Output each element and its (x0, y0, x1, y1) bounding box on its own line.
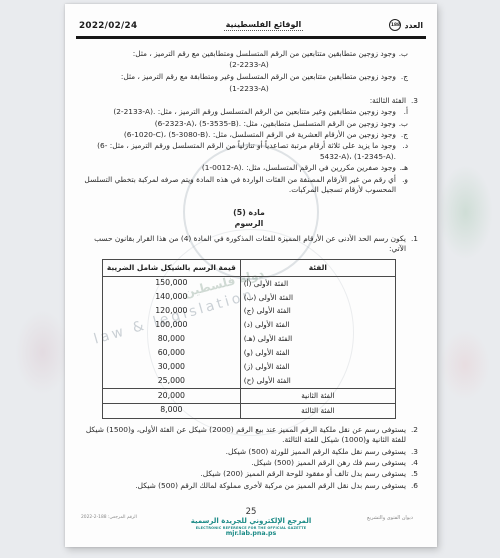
fee-cell: 30,000 (102, 360, 240, 374)
item-text: يكون رسم الحد الأدنى عن الأرقام المميزة … (80, 234, 406, 255)
category-cell: الفئة الأولى (أ) (240, 276, 395, 290)
category-cell: الفئة الأولى (د) (240, 318, 395, 332)
fees-table-header: الفئة قيمة الرسم بالشيكل شامل الضريبة (102, 260, 395, 276)
third-category-items: أ. وجود زوجين متطابقين وغير متتابعين من … (80, 107, 418, 195)
lettered-item: ج. وجود زوجين متطابقين متتابعين من الرقم… (80, 72, 418, 94)
item-letter: ب. (399, 49, 408, 59)
lettered-item: ب. وجود زوجين من الرقم المتسلسل متطابقين… (80, 119, 408, 129)
numbered-item: 6. يستوفى رسم بدل نقل الرقم المميز من مر… (80, 481, 418, 491)
first-category-rows: الفئة الأولى (أ) 150,000 الفئة الأولى (ب… (102, 276, 395, 388)
item-text-arabic: أي رقم من غير الأرقام المصنفة من الفئات … (84, 175, 396, 194)
table-row: الفئة الأولى (و) 60,000 (102, 346, 395, 360)
issue-label: العدد (404, 21, 423, 30)
item-text-arabic: وجود زوجين متطابقين وغير متتابعين من الر… (158, 107, 396, 116)
category-cell: الفئة الأولى (ج) (240, 305, 395, 319)
table-row: الفئة الأولى (ز) 30,000 (102, 360, 395, 374)
table-row: الفئة الثالثة 8,000 (102, 403, 395, 418)
issue-number-badge: 188 (389, 19, 401, 31)
item-number: 2. (409, 425, 418, 435)
item-letter: أ. (399, 107, 408, 117)
item-number: 3. (409, 447, 418, 457)
category-cell: الفئة الأولى (ح) (240, 374, 395, 388)
item-letter: ج. (399, 72, 408, 82)
item-text: وجود ما يزيد على ثلاثة أرقام مرتبة تصاعد… (80, 141, 396, 162)
item-text: يستوفى رسم نقل ملكية الرقم المميز للورثة… (226, 447, 406, 457)
item-text-arabic: وجود صفرين مكررين في الرقم المتسلسل، مثل… (246, 163, 396, 172)
issuing-office: ديوان الفتوى والتشريع (367, 515, 413, 521)
category-cell: الفئة الثالثة (240, 403, 395, 418)
reference-number: الرقم المرجعي: 188-2-2022 (81, 515, 137, 520)
footer-center: 25 المرجع الإلكتروني للجريدة الرسمية ELE… (65, 508, 437, 538)
item-text-arabic: وجود زوجين من الأرقام العشرية في الرقم ا… (213, 130, 396, 139)
item-example: (1-2233-A) (80, 84, 418, 94)
article-title: الرسوم (80, 219, 418, 230)
fee-cell: 140,000 (102, 291, 240, 305)
fee-cell: 150,000 (102, 276, 240, 290)
fee-cell: 25,000 (102, 374, 240, 388)
fees-table: الفئة قيمة الرسم بالشيكل شامل الضريبة ال… (102, 259, 396, 418)
fee-cell: 80,000 (102, 332, 240, 346)
item-text: يستوفى رسم فك رهن الرقم المميز (500) شيك… (251, 458, 406, 468)
scan-artifact-blob (15, 310, 70, 395)
third-category-heading: 3. الفئة الثالثة: (80, 96, 418, 106)
fee-intro-item: 1. يكون رسم الحد الأدنى عن الأرقام الممي… (80, 234, 418, 255)
fee-cell: 20,000 (102, 389, 240, 404)
scan-artifact-blob (438, 165, 493, 260)
numbered-item: 2. يستوفى رسم عن نقل ملكية الرقم المميز … (80, 425, 418, 446)
item-letter: د. (399, 141, 408, 151)
category-cell: الفئة الأولى (ز) (240, 360, 395, 374)
page-footer: ديوان الفتوى والتشريع الرقم المرجعي: 188… (65, 508, 437, 538)
item-number: 1. (409, 234, 418, 244)
item-text-arabic: وجود ما يزيد على ثلاثة أرقام مرتبة تصاعد… (110, 141, 396, 150)
lettered-item: ب. وجود زوجين متطابقين متتابعين من الرقم… (80, 49, 418, 71)
table-row: الفئة الثانية 20,000 (102, 389, 395, 404)
item-text: أي رقم من غير الأرقام المصنفة من الفئات … (80, 175, 396, 196)
item-example: (1-0012-A). (202, 163, 244, 172)
table-row: الفئة الأولى (أ) 150,000 (102, 276, 395, 290)
category-cell: الفئة الثانية (240, 389, 395, 404)
fee-column-header: قيمة الرسم بالشيكل شامل الضريبة (102, 260, 240, 276)
gazette-website-url: mjr.lab.pna.ps (65, 530, 437, 538)
item-text: وجود زوجين متطابقين متتابعين من الرقم ال… (133, 49, 396, 59)
item-example: (6-2323-A)، (5-3535-B). (155, 119, 241, 128)
item-example: (2-2233-A) (80, 60, 418, 70)
item-text: يستوفى رسم بدل نقل الرقم المميز من مركبة… (135, 481, 406, 491)
category-cell: الفئة الأولى (هـ) (240, 332, 395, 346)
numbered-item: 3. يستوفى رسم نقل ملكية الرقم المميز للو… (80, 447, 418, 457)
item-number: 4. (409, 458, 418, 468)
category-cell: الفئة الأولى (و) (240, 346, 395, 360)
lettered-item: و. أي رقم من غير الأرقام المصنفة من الفئ… (80, 175, 408, 196)
table-row: الفئة الأولى (ب) 140,000 (102, 291, 395, 305)
numbered-item: 5. يستوفى رسم بدل تالف أو مفقود للوحة ال… (80, 469, 418, 479)
item-example: (6-1020-C)، (5-3080-B). (124, 130, 211, 139)
document-body: ب. وجود زوجين متطابقين متتابعين من الرقم… (65, 39, 437, 491)
item-number: 5. (409, 469, 418, 479)
fee-cell: 100,000 (102, 318, 240, 332)
category-title: الفئة الثالثة: (370, 96, 406, 106)
fee-cell: 8,000 (102, 403, 240, 418)
item-text-arabic: وجود زوجين من الرقم المتسلسل متطابقين، م… (244, 119, 396, 128)
scan-artifact-blob (440, 330, 490, 400)
lettered-item: هـ. وجود صفرين مكررين في الرقم المتسلسل،… (80, 163, 408, 173)
article-number: مادة (5) (80, 208, 418, 219)
table-row: الفئة الأولى (ج) 120,000 (102, 305, 395, 319)
item-text: وجود زوجين من الرقم المتسلسل متطابقين، م… (155, 119, 396, 129)
numbered-item: 4. يستوفى رسم فك رهن الرقم المميز (500) … (80, 458, 418, 468)
item-text: وجود زوجين من الأرقام العشرية في الرقم ا… (124, 130, 396, 140)
document-page: دولة فلسطين law & legislation العدد 188 … (65, 4, 437, 547)
category-number: 3. (409, 96, 418, 106)
table-row: الفئة الأولى (هـ) 80,000 (102, 332, 395, 346)
fee-cell: 120,000 (102, 305, 240, 319)
category-column-header: الفئة (240, 260, 395, 276)
fee-cell: 60,000 (102, 346, 240, 360)
publication-date: 2022/02/24 (79, 21, 137, 31)
item-text: وجود زوجين متطابقين وغير متتابعين من الر… (113, 107, 396, 117)
page-header: العدد 188 الوقائع الفلسطينية 2022/02/24 (65, 4, 437, 34)
item-text: يستوفى رسم بدل تالف أو مفقود للوحة الرقم… (200, 469, 406, 479)
item-text: وجود صفرين مكررين في الرقم المتسلسل، مثل… (202, 163, 396, 173)
table-row: الفئة الأولى (د) 100,000 (102, 318, 395, 332)
item-text: يستوفى رسم عن نقل ملكية الرقم المميز عند… (80, 425, 406, 446)
table-row: الفئة الأولى (ح) 25,000 (102, 374, 395, 388)
item-letter: ب. (399, 119, 408, 129)
item-number: 6. (409, 481, 418, 491)
issue-block: العدد 188 (389, 19, 423, 31)
item-letter: هـ. (399, 163, 408, 173)
lettered-item: أ. وجود زوجين متطابقين وغير متتابعين من … (80, 107, 408, 117)
item-text: وجود زوجين متطابقين متتابعين من الرقم ال… (121, 72, 396, 82)
lettered-item: د. وجود ما يزيد على ثلاثة أرقام مرتبة تص… (80, 141, 408, 162)
lettered-item: ج. وجود زوجين من الأرقام العشرية في الرق… (80, 130, 408, 140)
category-cell: الفئة الأولى (ب) (240, 291, 395, 305)
item-example: (2-2133-A). (113, 107, 155, 116)
screenshot-root: { "colors": { "accent_teal": "#1b8a86" }… (0, 0, 500, 558)
fee-items: 2. يستوفى رسم عن نقل ملكية الرقم المميز … (80, 425, 418, 491)
intro-items: ب. وجود زوجين متطابقين متتابعين من الرقم… (80, 49, 418, 94)
other-category-rows: الفئة الثانية 20,000 الفئة الثالثة 8,000 (102, 389, 395, 419)
item-letter: و. (399, 175, 408, 185)
gazette-title: الوقائع الفلسطينية (224, 20, 304, 31)
item-letter: ج. (399, 130, 408, 140)
